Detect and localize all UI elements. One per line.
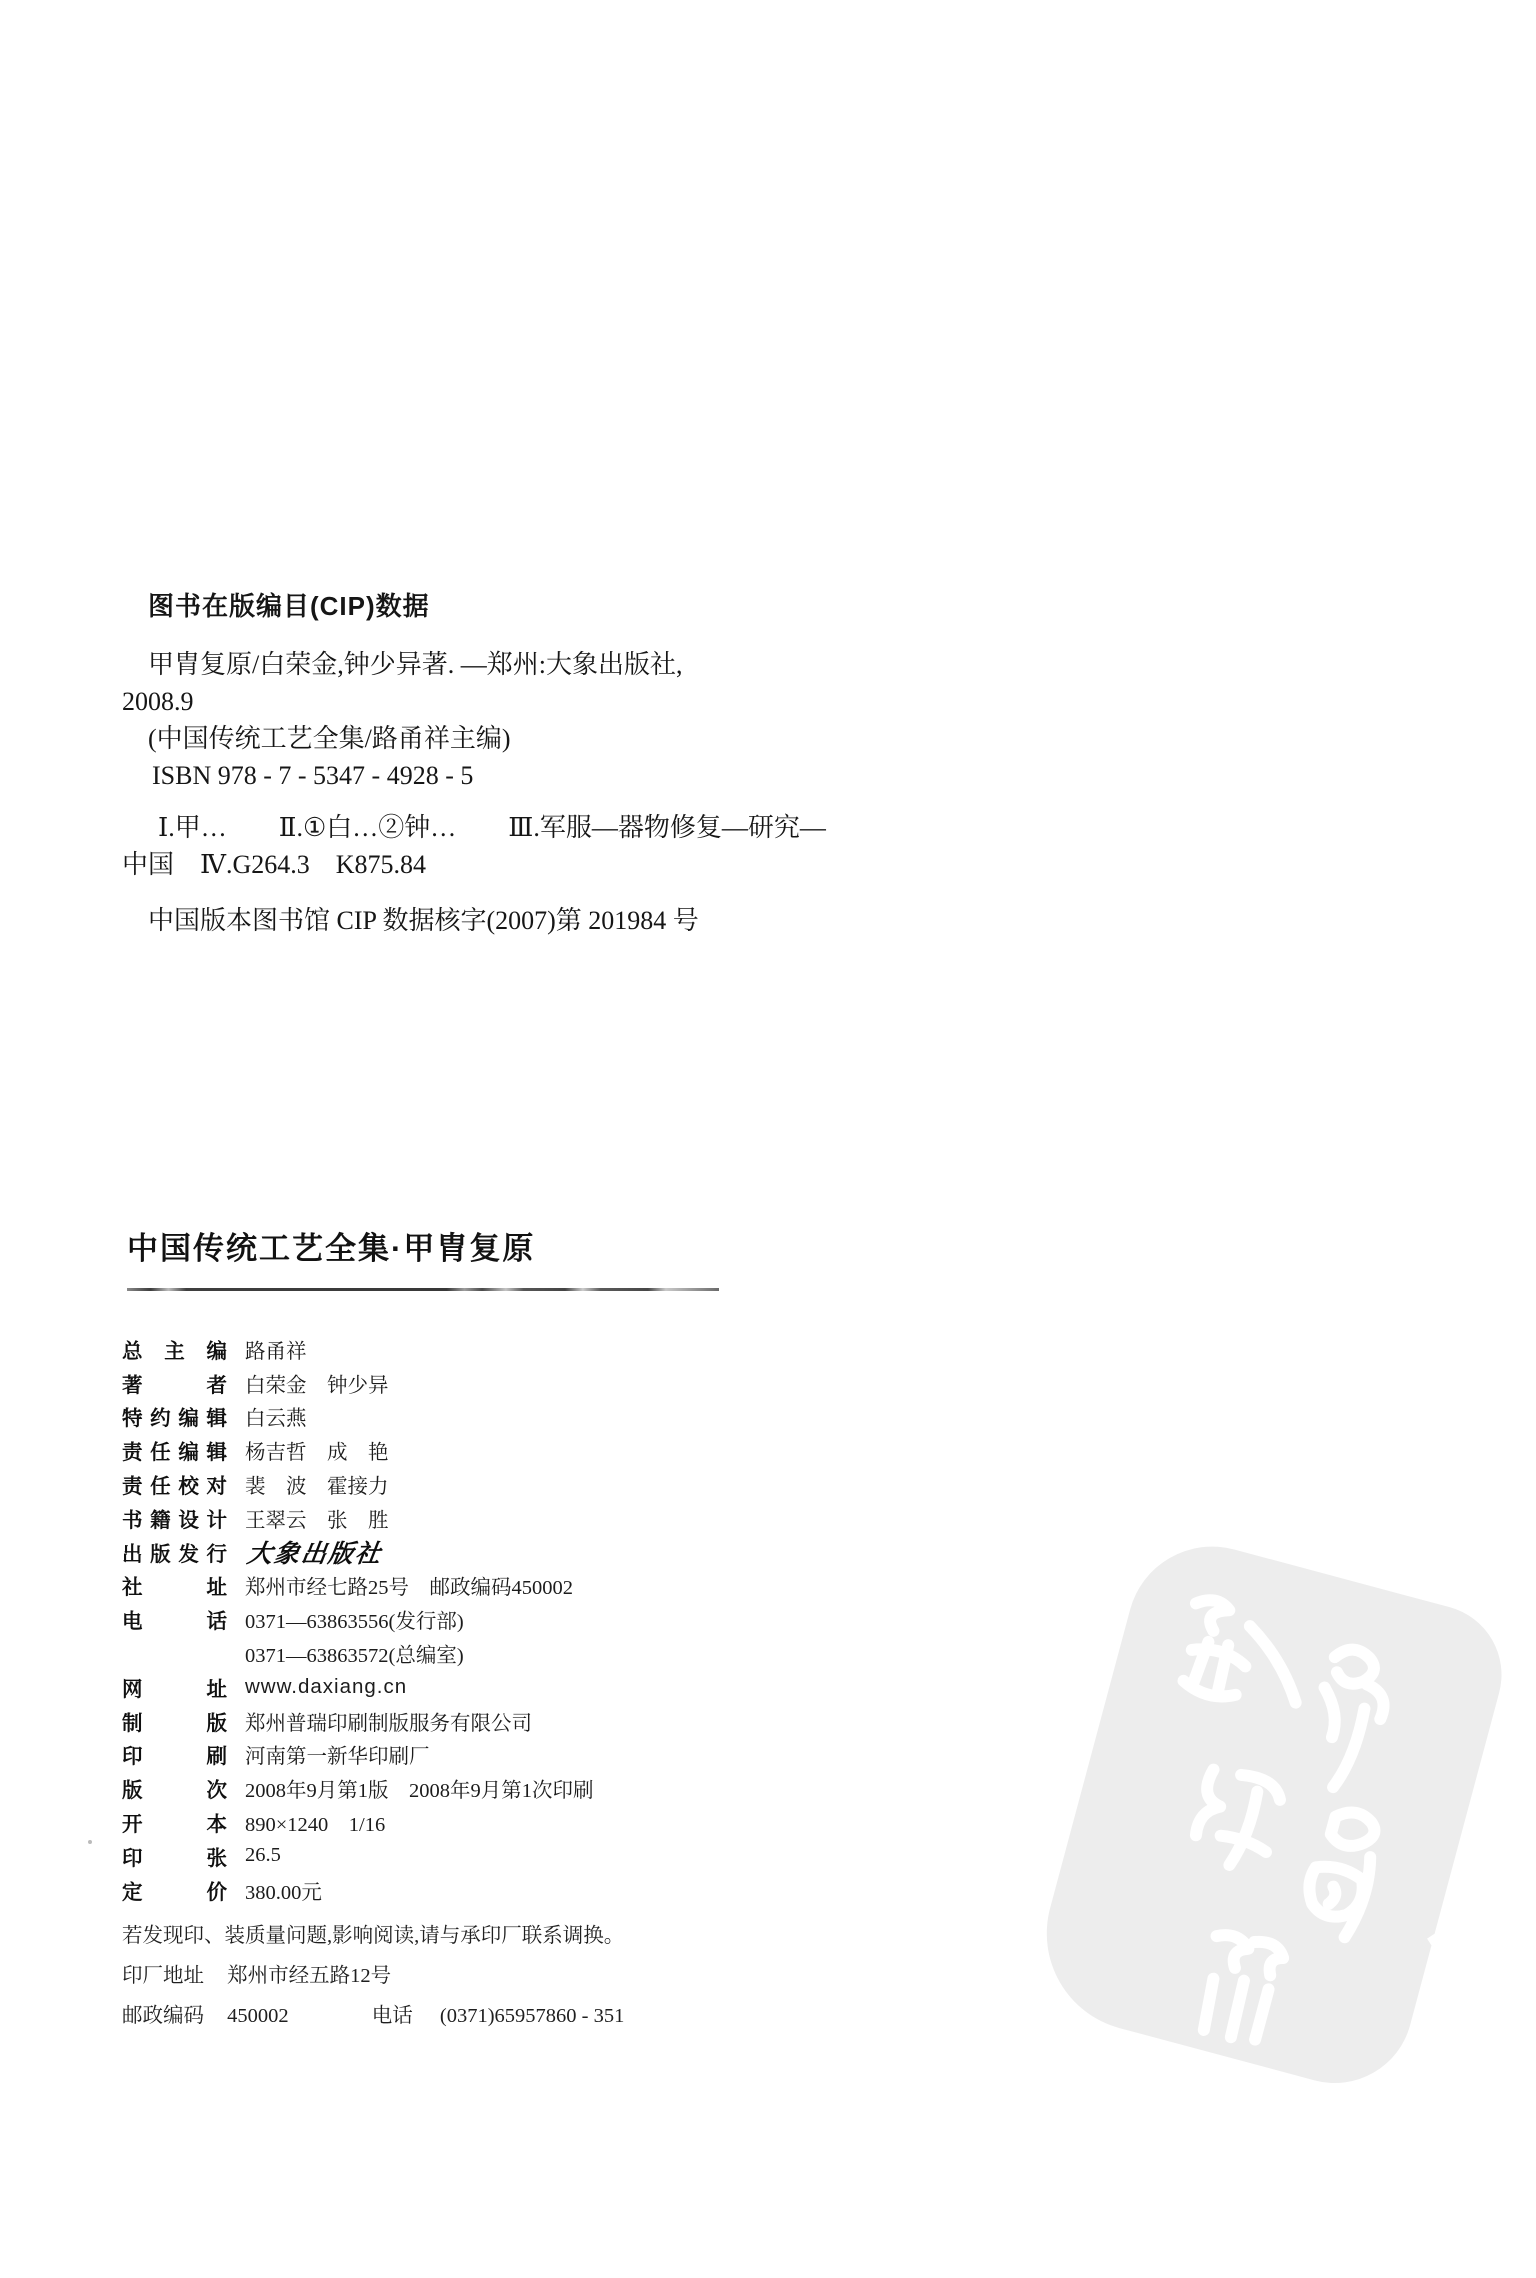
colophon-row: 定价380.00元 xyxy=(122,1873,862,1907)
colophon-row: 责任校对裴 波 霍接力 xyxy=(122,1467,862,1501)
printer-address-label: 印厂地址 xyxy=(122,1956,222,1996)
colophon-value: 白荣金 钟少异 xyxy=(245,1368,389,1398)
colophon-label: 印张 xyxy=(122,1841,227,1871)
colophon-value: 裴 波 霍接力 xyxy=(245,1469,389,1499)
phone-label: 电话 xyxy=(372,2005,413,2027)
colophon-value: 380.00元 xyxy=(245,1875,322,1905)
cip-entry-line2: 2008.9 xyxy=(122,683,1062,720)
book-copyright-page: { "cip": { "header": "图书在版编目(CIP)数据", "e… xyxy=(0,0,1536,2278)
colophon-label: 责任编辑 xyxy=(122,1435,227,1465)
colophon-row: 印刷河南第一新华印刷厂 xyxy=(122,1738,862,1772)
cip-classification-line2: 中国 Ⅳ.G264.3 K875.84 xyxy=(122,846,1062,883)
cip-header: 图书在版编目(CIP)数据 xyxy=(122,588,1062,625)
printer-address-value: 郑州市经五路12号 xyxy=(227,1965,391,1987)
phone-value: (0371)65957860 - 351 xyxy=(440,2005,624,2027)
cip-record-line: 中国版本图书馆 CIP 数据核字(2007)第 201984 号 xyxy=(122,902,1062,939)
colophon-label: 制版 xyxy=(122,1706,227,1736)
postcode-phone-line: 邮政编码 450002 电话 (0371)65957860 - 351 xyxy=(122,1996,624,2036)
publisher-logo-script: 大象出版社 xyxy=(245,1534,385,1570)
colophon-value: 杨吉哲 成 艳 xyxy=(245,1435,389,1465)
colophon-row: 版次2008年9月第1版 2008年9月第1次印刷 xyxy=(122,1771,862,1805)
colophon-label: 书籍设计 xyxy=(122,1503,227,1533)
colophon-row: 0371—63863572(总编室) xyxy=(122,1636,862,1670)
colophon-value: 河南第一新华印刷厂 xyxy=(245,1739,430,1769)
postcode-value: 450002 xyxy=(227,2005,289,2027)
colophon-label: 著者 xyxy=(122,1368,227,1398)
scan-speck xyxy=(88,1840,92,1844)
colophon-value: www.daxiang.cn xyxy=(245,1675,407,1699)
series-book-title: 中国传统工艺全集·甲胄复原 xyxy=(122,1232,862,1266)
colophon-value: 白云燕 xyxy=(245,1401,307,1431)
colophon-row: 特约编辑白云燕 xyxy=(122,1400,862,1434)
horizontal-rule xyxy=(127,1288,719,1291)
seal-calligraphy-icon xyxy=(1025,1527,1517,2100)
colophon-row: 书籍设计王翠云 张 胜 xyxy=(122,1501,862,1535)
colophon-label: 电话 xyxy=(122,1604,227,1634)
colophon-label: 版次 xyxy=(122,1773,227,1803)
colophon-row: 开本890×1240 1/16 xyxy=(122,1805,862,1839)
colophon-label: 社址 xyxy=(122,1570,227,1600)
colophon-row: 著者白荣金 钟少异 xyxy=(122,1366,862,1400)
colophon-row: 印张26.5 xyxy=(122,1839,862,1873)
quality-notice: 若发现印、装质量问题,影响阅读,请与承印厂联系调换。 xyxy=(122,1916,624,1956)
colophon-label: 印刷 xyxy=(122,1739,227,1769)
colophon-row: 制版郑州普瑞印刷制版服务有限公司 xyxy=(122,1704,862,1738)
colophon-label: 责任校对 xyxy=(122,1469,227,1499)
cip-series-line: (中国传统工艺全集/路甬祥主编) xyxy=(122,720,1062,757)
colophon-value: 0371—63863556(发行部) xyxy=(245,1604,464,1634)
colophon-value: 郑州市经七路25号 邮政编码450002 xyxy=(245,1570,573,1600)
cip-data-block: 图书在版编目(CIP)数据 甲胄复原/白荣金,钟少异著. —郑州:大象出版社, … xyxy=(122,588,1062,939)
colophon-value: 路甬祥 xyxy=(245,1334,307,1364)
colophon-label: 出版发行 xyxy=(122,1537,227,1567)
colophon-row: 电话0371—63863556(发行部) xyxy=(122,1602,862,1636)
colophon-value: 王翠云 张 胜 xyxy=(245,1503,389,1533)
colophon-row: 总主编路甬祥 xyxy=(122,1332,862,1366)
colophon-row: 社址郑州市经七路25号 邮政编码450002 xyxy=(122,1569,862,1603)
colophon-value: 2008年9月第1版 2008年9月第1次印刷 xyxy=(245,1773,594,1803)
colophon-value: 26.5 xyxy=(245,1844,281,1867)
colophon-label: 总主编 xyxy=(122,1334,227,1364)
colophon-row: 责任编辑杨吉哲 成 艳 xyxy=(122,1433,862,1467)
postcode-label: 邮政编码 xyxy=(122,1996,222,2036)
colophon-value: 0371—63863572(总编室) xyxy=(245,1638,464,1668)
colophon-block: 中国传统工艺全集·甲胄复原 总主编路甬祥著者白荣金 钟少异特约编辑白云燕责任编辑… xyxy=(122,1232,862,1907)
footer-notes: 若发现印、装质量问题,影响阅读,请与承印厂联系调换。 印厂地址 郑州市经五路12… xyxy=(122,1916,624,2036)
colophon-label: 定价 xyxy=(122,1875,227,1905)
cip-classification-line1: Ⅰ.甲… Ⅱ.①白…②钟… Ⅲ.军服—器物修复—研究— xyxy=(122,809,1062,846)
colophon-row: 出版发行大象出版社 xyxy=(122,1535,862,1569)
colophon-rows: 总主编路甬祥著者白荣金 钟少异特约编辑白云燕责任编辑杨吉哲 成 艳责任校对裴 波… xyxy=(122,1332,862,1907)
cip-entry-line1: 甲胄复原/白荣金,钟少异著. —郑州:大象出版社, xyxy=(122,646,1062,683)
colophon-label: 网址 xyxy=(122,1672,227,1702)
colophon-label: 特约编辑 xyxy=(122,1401,227,1431)
colophon-value: 郑州普瑞印刷制版服务有限公司 xyxy=(245,1706,532,1736)
colophon-row: 网址www.daxiang.cn xyxy=(122,1670,862,1704)
seal-watermark xyxy=(1025,1527,1517,2100)
colophon-value: 890×1240 1/16 xyxy=(245,1807,385,1837)
colophon-label: 开本 xyxy=(122,1807,227,1837)
cip-isbn-line: ISBN 978 - 7 - 5347 - 4928 - 5 xyxy=(122,757,1062,794)
printer-address-line: 印厂地址 郑州市经五路12号 xyxy=(122,1956,624,1996)
